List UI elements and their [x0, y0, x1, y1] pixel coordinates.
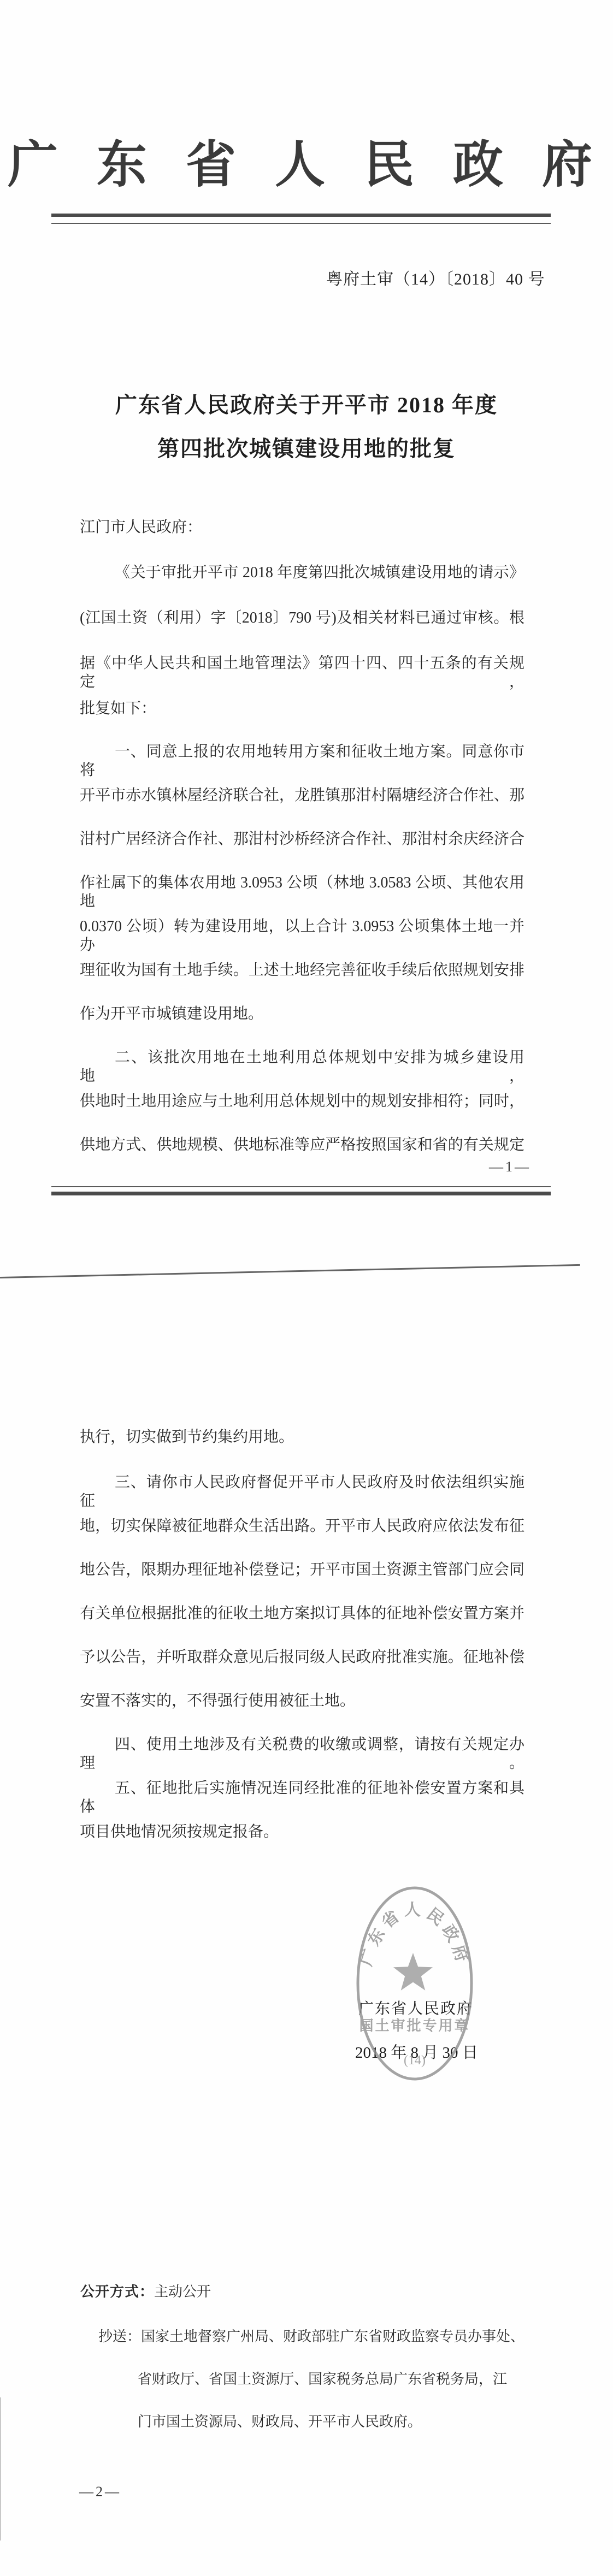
body-line: 地公告，限期办理征地补偿登记；开平市国土资源主管部门应会同: [80, 1561, 524, 1579]
cc-line: 抄送：国家土地督察广州局、财政部驻广东省财政监察专员办事处、: [98, 2325, 524, 2346]
body-line: 《关于审批开平市 2018 年度第四批次城镇建设用地的请示》: [80, 564, 524, 582]
header-rule-thick: [51, 214, 551, 217]
cc-line: 门市国土资源局、财政局、开平市人民政府。: [138, 2411, 422, 2431]
page-2-number: —2—: [79, 2484, 121, 2500]
body-line: 供地时土地用途应与土地利用总体规划中的规划安排相符；同时，: [80, 1092, 524, 1111]
scan-edge-line: [0, 2397, 1, 2541]
publicity-value: 主动公开: [154, 2284, 211, 2300]
cc-line: 省财政厅、省国土资源厅、国家税务总局广东省税务局，江: [138, 2368, 507, 2388]
body-line: 作为开平市城镇建设用地。: [80, 1005, 524, 1023]
header-rule-thin: [51, 223, 551, 224]
official-seal: 广东省人民政府 国土审批专用章 (14): [352, 1882, 478, 2085]
cc-line-text: 国家土地督察广州局、财政部驻广东省财政监察专员办事处、: [141, 2329, 524, 2344]
doc-title-line2: 第四批次城镇建设用地的批复: [0, 431, 613, 463]
body-line: 四、使用土地涉及有关税费的收缴或调整，请按有关规定办理。: [80, 1736, 524, 1773]
body-line: (江国土资（利用）字〔2018〕790 号)及相关材料已通过审核。根: [80, 609, 524, 627]
body-line: 予以公告，并听取群众意见后报同级人民政府批准实施。征地补偿: [80, 1648, 524, 1667]
body-line: 项目供地情况须按规定报备。: [80, 1823, 524, 1841]
publicity-label: 公开方式：: [80, 2284, 154, 2300]
body-line: 泔村广居经济合作社、那泔村沙桥经济合作社、那泔村余庆经济合: [80, 830, 524, 849]
body-line: 有关单位根据批准的征收土地方案拟订具体的征地补偿安置方案并: [80, 1604, 524, 1623]
seal-caption: 国土审批专用章: [359, 2017, 470, 2034]
salutation: 江门市人民政府：: [80, 518, 524, 537]
letterhead-org-name: 广 东 省 人 民 政 府: [0, 125, 613, 197]
body-line: 一、同意上报的农用地转用方案和征收土地方案。同意你市将: [80, 743, 524, 780]
page-1-number: —1—: [489, 1159, 531, 1175]
body-line: 作社属下的集体农用地 3.0953 公顷（林地 3.0583 公顷、其他农用地: [80, 874, 524, 911]
body-line: 0.0370 公顷）转为建设用地，以上合计 3.0953 公顷集体土地一并办: [80, 917, 524, 955]
cc-label: 抄送：: [98, 2329, 141, 2344]
body-line: 理征收为国有土地手续。上述土地经完善征收手续后依照规划安排: [80, 961, 524, 980]
body-line: 开平市赤水镇林屋经济联合社，龙胜镇那泔村隔塘经济合作社、那: [80, 786, 524, 805]
body-line: 据《中华人民共和国土地管理法》第四十四、四十五条的有关规定，: [80, 654, 524, 691]
body-line: 地，切实保障被征地群众生活出路。开平市人民政府应依法发布征: [80, 1517, 524, 1536]
footer-rule-thick: [51, 1192, 551, 1195]
scan-artifact-line: [0, 1264, 580, 1278]
body-line: 二、该批次用地在土地利用总体规划中安排为城乡建设用地，: [80, 1049, 524, 1086]
body-line: 五、征地批后实施情况连同经批准的征地补偿安置方案和具体: [80, 1779, 524, 1816]
body-line: 安置不落实的，不得强行使用被征土地。: [80, 1692, 524, 1710]
seal-number: (14): [404, 2053, 426, 2068]
doc-number: 粤府土审（14）〔2018〕40 号: [326, 265, 545, 289]
footer-rule-thin: [51, 1186, 551, 1187]
publicity-line: 公开方式：主动公开: [80, 2281, 211, 2301]
body-line: 供地方式、供地规模、供地标准等应严格按照国家和省的有关规定: [80, 1136, 524, 1154]
doc-title-line1: 广东省人民政府关于开平市 2018 年度: [0, 388, 613, 419]
body-line: 三、请你市人民政府督促开平市人民政府及时依法组织实施征: [80, 1473, 524, 1511]
body-line: 批复如下：: [80, 700, 524, 718]
seal-star-icon: [393, 1953, 433, 1991]
body-line: 执行，切实做到节约集约用地。: [80, 1428, 524, 1447]
document-page: 广 东 省 人 民 政 府 粤府土审（14）〔2018〕40 号 广东省人民政府…: [0, 0, 613, 2576]
